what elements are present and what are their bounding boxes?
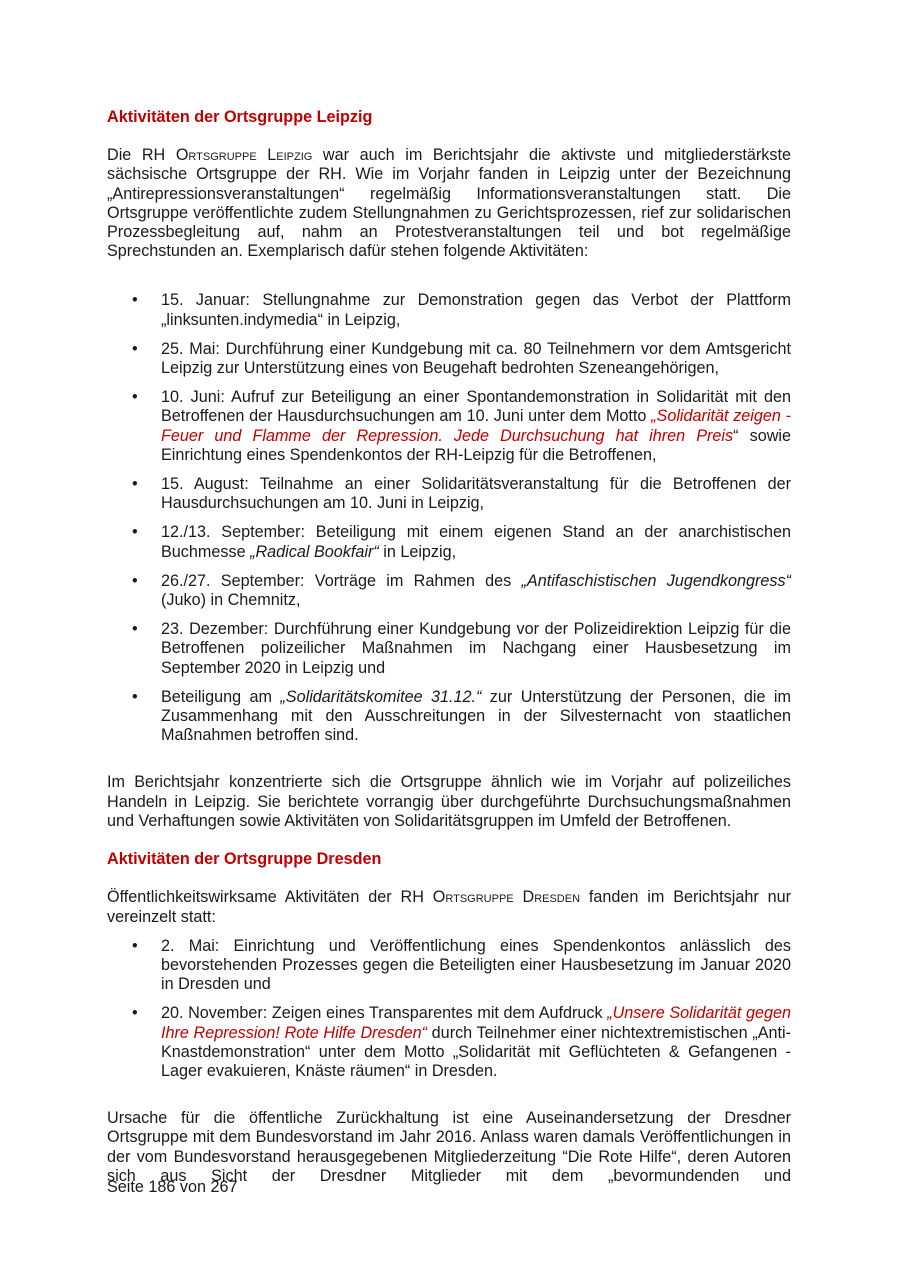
- list-item: •15. August: Teilnahme an einer Solidari…: [107, 475, 791, 513]
- list-item: •2. Mai: Einrichtung und Veröffentlichun…: [107, 937, 791, 995]
- page-number: Seite 186 von 267: [107, 1178, 238, 1197]
- bullet-icon: •: [132, 937, 138, 956]
- list-item: •26./27. September: Vorträge im Rahmen d…: [107, 572, 791, 610]
- list-item: •15. Januar: Stellungnahme zur Demonstra…: [107, 291, 791, 329]
- bullet-icon: •: [132, 688, 138, 707]
- document-page: Aktivitäten der Ortsgruppe Leipzig Die R…: [107, 0, 791, 1186]
- list-item: •12./13. September: Beteiligung mit eine…: [107, 523, 791, 561]
- bullet-icon: •: [132, 1004, 138, 1023]
- list-item: •Beteiligung am „Solidaritätskomitee 31.…: [107, 688, 791, 746]
- summary-leipzig: Im Berichtsjahr konzentrierte sich die O…: [107, 773, 791, 831]
- org-name: Ortsgruppe Leipzig: [176, 146, 313, 164]
- dresden-activity-list: •2. Mai: Einrichtung und Veröffentlichun…: [107, 937, 791, 1081]
- heading-dresden: Aktivitäten der Ortsgruppe Dresden: [107, 850, 791, 869]
- bullet-icon: •: [132, 388, 138, 407]
- intro-leipzig: Die RH Ortsgruppe Leipzig war auch im Be…: [107, 146, 791, 261]
- event-name: „Radical Bookfair“: [250, 543, 379, 561]
- list-item: •25. Mai: Durchführung einer Kundgebung …: [107, 340, 791, 378]
- event-name: „Antifaschistischen Jugendkongress“: [522, 572, 791, 590]
- org-name: Ortsgruppe Dresden: [433, 888, 580, 906]
- intro-prefix: Die RH: [107, 146, 176, 164]
- bullet-icon: •: [132, 523, 138, 542]
- bullet-icon: •: [132, 475, 138, 494]
- bullet-icon: •: [132, 291, 138, 310]
- event-name: „Solidaritätskomitee 31.12.“: [280, 688, 481, 706]
- bullet-icon: •: [132, 572, 138, 591]
- list-item: •20. November: Zeigen eines Transparente…: [107, 1004, 791, 1081]
- bullet-icon: •: [132, 340, 138, 359]
- closing-dresden: Ursache für die öffentliche Zurückhaltun…: [107, 1109, 791, 1186]
- heading-leipzig: Aktivitäten der Ortsgruppe Leipzig: [107, 108, 791, 127]
- list-item: •23. Dezember: Durchführung einer Kundge…: [107, 620, 791, 678]
- leipzig-activity-list: •15. Januar: Stellungnahme zur Demonstra…: [107, 291, 791, 745]
- bullet-icon: •: [132, 620, 138, 639]
- list-item: •10. Juni: Aufruf zur Beteiligung an ein…: [107, 388, 791, 465]
- intro-dresden: Öffentlichkeitswirksame Aktivitäten der …: [107, 888, 791, 926]
